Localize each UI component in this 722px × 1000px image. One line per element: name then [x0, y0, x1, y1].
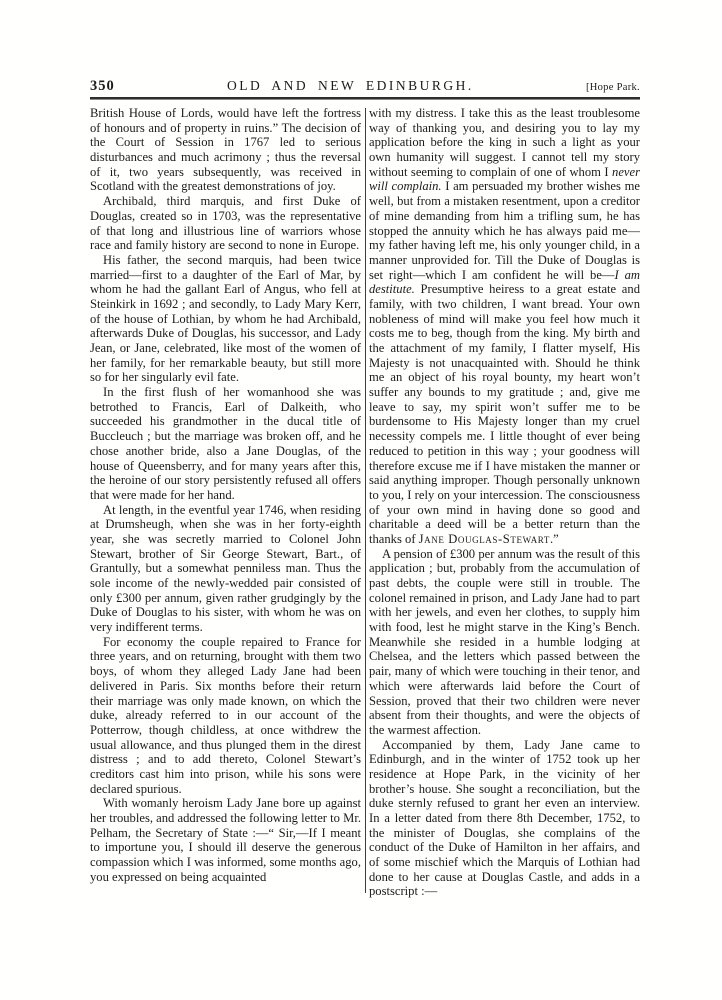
page-header: 350 OLD AND NEW EDINBURGH. [Hope Park.	[90, 78, 640, 95]
text-run: With womanly heroism Lady Jane bore up a…	[90, 796, 361, 883]
right-column: with my distress. I take this as the lea…	[369, 106, 640, 899]
text-columns: British House of Lords, would have left …	[90, 106, 640, 899]
text-run: At length, in the eventful year 1746, wh…	[90, 503, 361, 635]
text-run: Archibald, third marquis, and first Duke…	[90, 194, 361, 252]
text-run: Accompanied by them, Lady Jane came to E…	[369, 738, 640, 899]
paragraph: With womanly heroism Lady Jane bore up a…	[90, 796, 361, 884]
text-run: Jane Douglas-Stewart	[419, 532, 550, 546]
text-run: In the first flush of her womanhood she …	[90, 385, 361, 502]
text-run: For economy the couple repaired to Franc…	[90, 635, 361, 796]
left-column: British House of Lords, would have left …	[90, 106, 361, 899]
paragraph: British House of Lords, would have left …	[90, 106, 361, 194]
book-page: 350 OLD AND NEW EDINBURGH. [Hope Park. B…	[0, 0, 722, 1000]
header-rule	[90, 97, 640, 100]
page-number: 350	[90, 78, 115, 95]
paragraph: A pension of £300 per annum was the resu…	[369, 547, 640, 738]
text-run: British House of Lords, would have left …	[90, 106, 361, 193]
text-run: I am persuaded my brother wishes me well…	[369, 179, 640, 281]
paragraph: For economy the couple repaired to Franc…	[90, 635, 361, 797]
paragraph: At length, in the eventful year 1746, wh…	[90, 503, 361, 635]
text-run: .”	[550, 532, 559, 546]
text-run: A pension of £300 per annum was the resu…	[369, 547, 640, 737]
paragraph: In the first flush of her womanhood she …	[90, 385, 361, 503]
paragraph: Accompanied by them, Lady Jane came to E…	[369, 738, 640, 900]
column-divider	[365, 108, 366, 893]
text-run: His father, the second marquis, had been…	[90, 253, 361, 385]
paragraph: Archibald, third marquis, and first Duke…	[90, 194, 361, 253]
text-run: Presumptive heiress to a great estate an…	[369, 282, 640, 546]
text-run: with my distress. I take this as the lea…	[369, 106, 640, 179]
running-title: OLD AND NEW EDINBURGH.	[227, 78, 474, 94]
running-head: [Hope Park.	[586, 82, 640, 93]
paragraph: with my distress. I take this as the lea…	[369, 106, 640, 547]
paragraph: His father, the second marquis, had been…	[90, 253, 361, 385]
